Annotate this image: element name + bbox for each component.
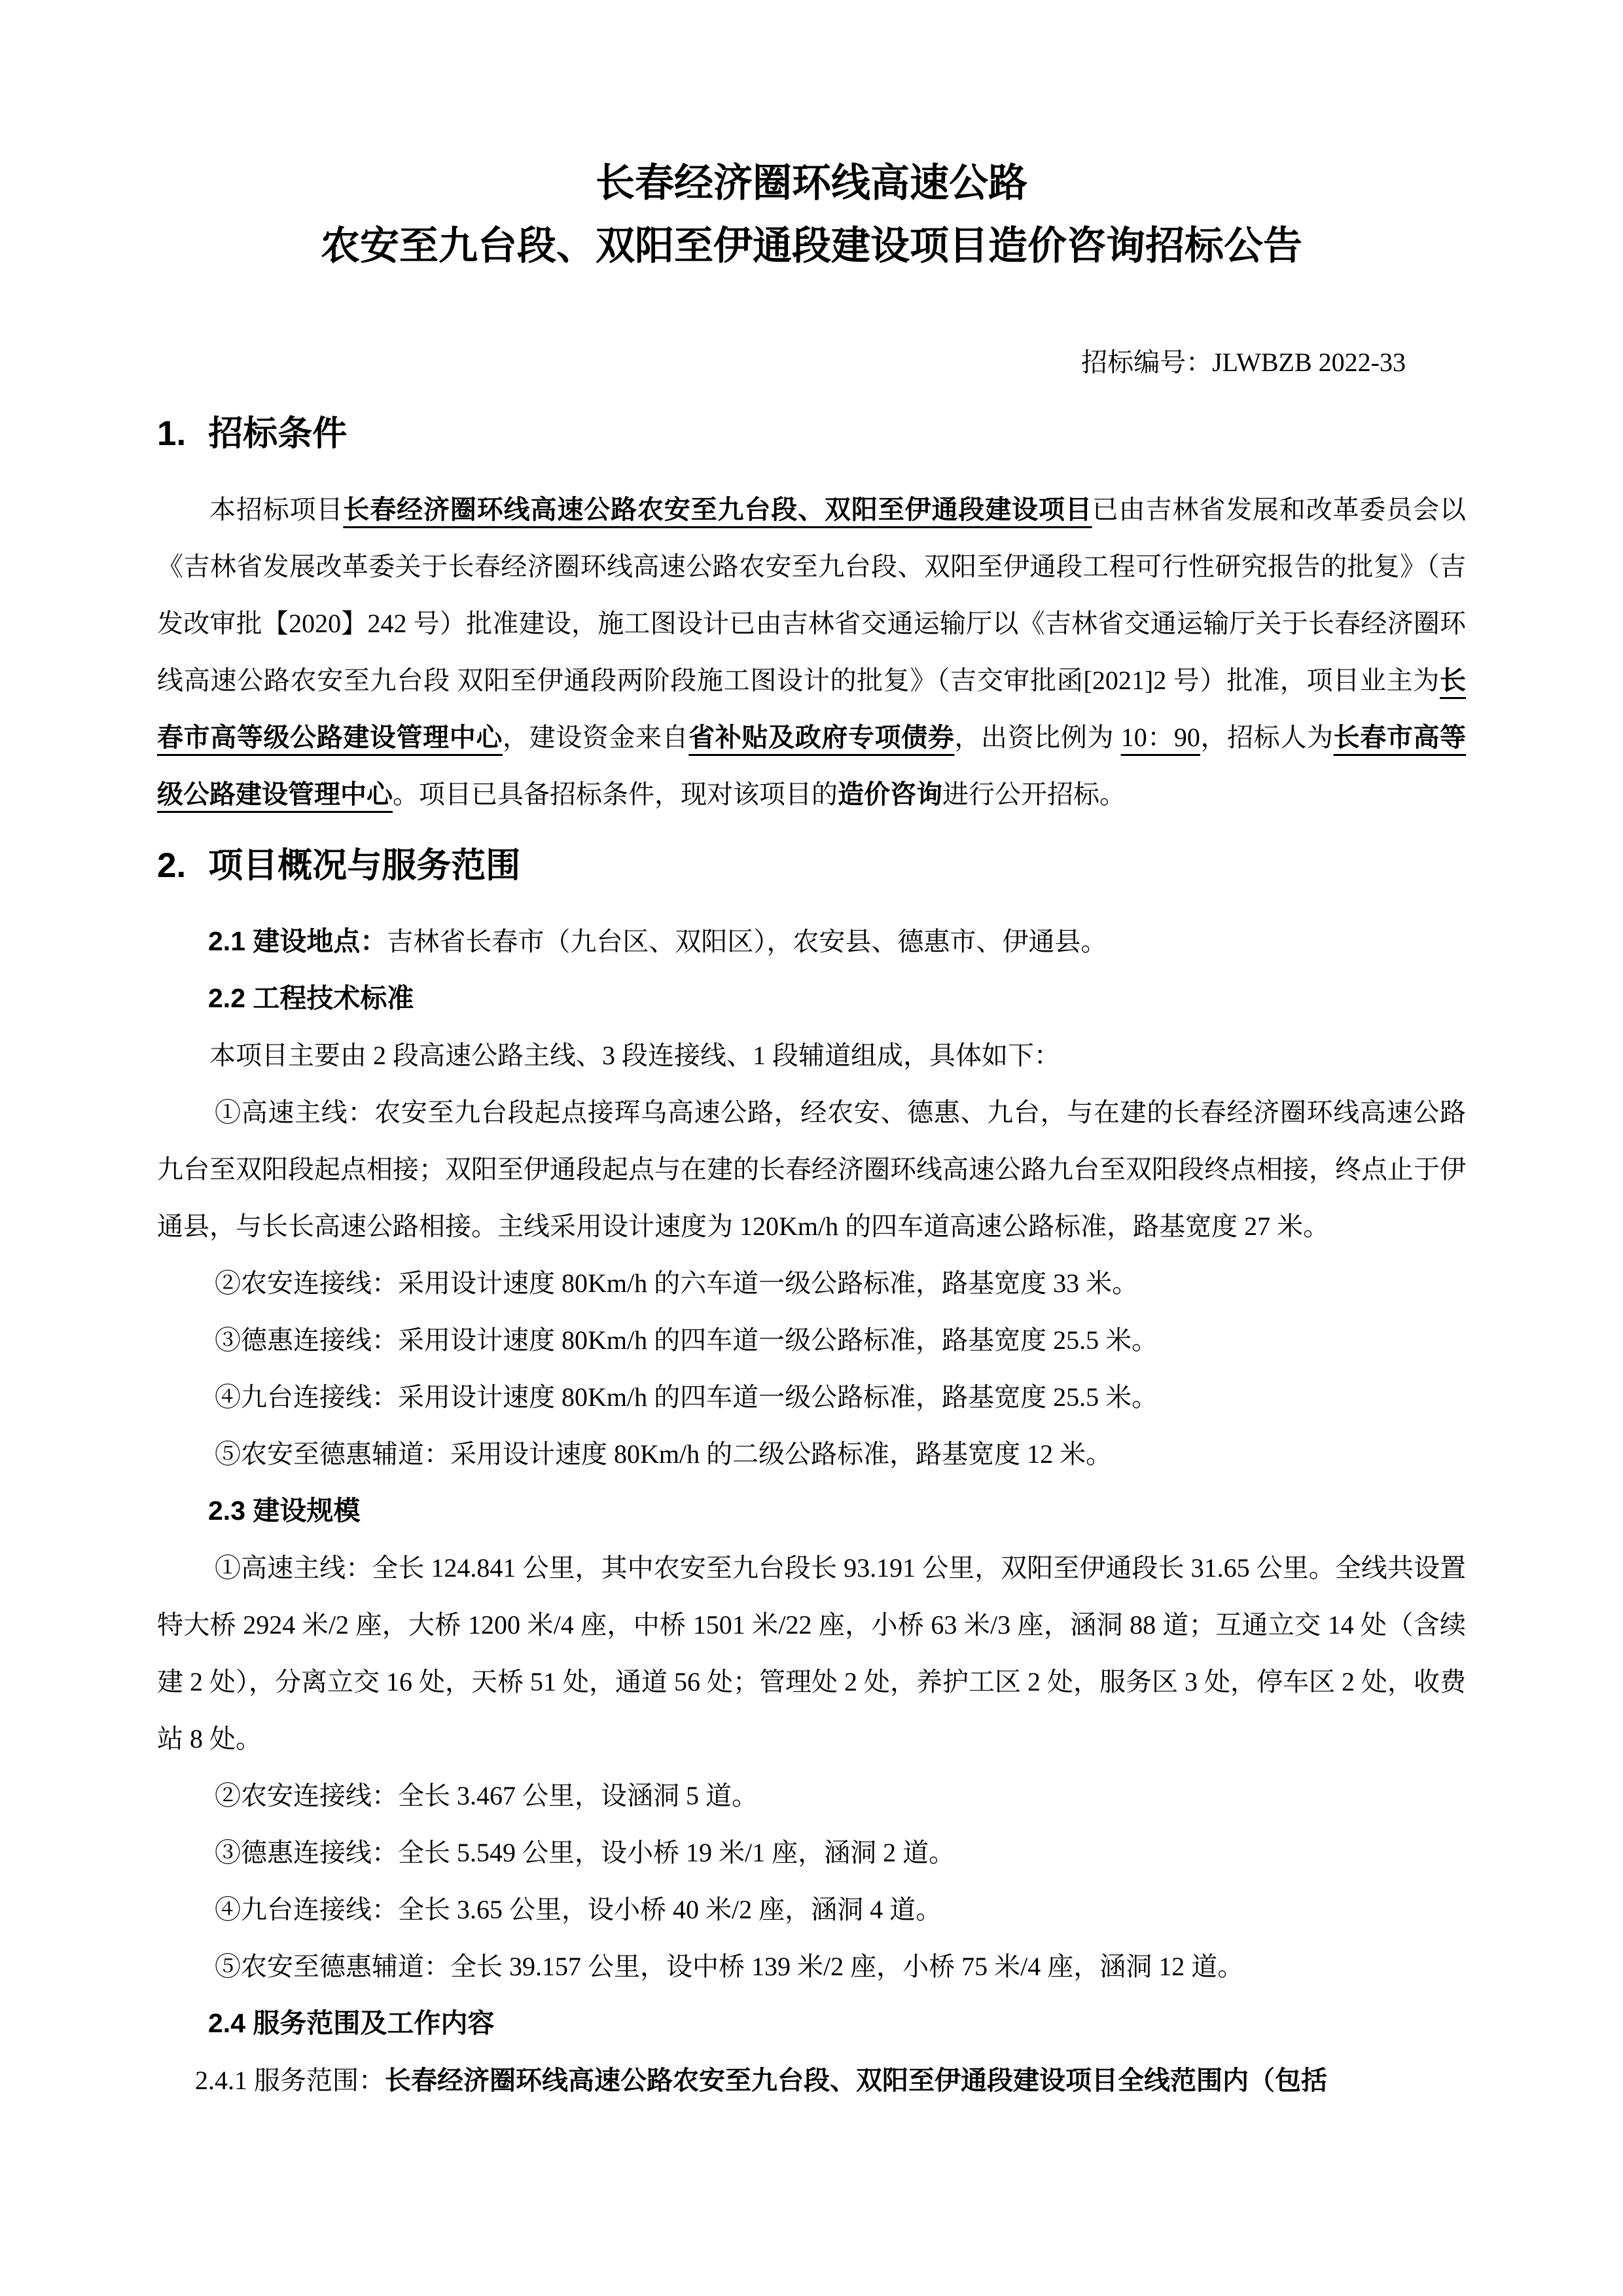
section-2-title: 项目概况与服务范围 [208, 846, 520, 885]
tech-item-2: ②农安连接线：采用设计速度 80Km/h 的六车道一级公路标准，路基宽度 33 … [157, 1255, 1466, 1312]
tender-number-label: 招标编号： [1081, 348, 1212, 377]
section-2-number: 2. [157, 834, 186, 897]
clause-2-1-text: 吉林省长春市（九台区、双阳区），农安县、德惠市、伊通县。 [387, 927, 1107, 956]
clause-2-4-1: 2.4.1 服务范围：长春经济圈环线高速公路农安至九台段、双阳至伊通段建设项目全… [157, 2052, 1466, 2109]
doc-title-line-1: 长春经济圈环线高速公路 [157, 152, 1466, 215]
document-page: 长春经济圈环线高速公路 农安至九台段、双阳至伊通段建设项目造价咨询招标公告 招标… [0, 0, 1623, 2296]
tender-number-line: 招标编号：JLWBZB 2022-33 [157, 334, 1466, 391]
tech-item-5: ⑤农安至德惠辅道：采用设计速度 80Km/h 的二级公路标准，路基宽度 12 米… [157, 1426, 1466, 1482]
scale-item-2: ②农安连接线：全长 3.467 公里，设涵洞 5 道。 [157, 1767, 1466, 1824]
tender-number-value: JLWBZB 2022-33 [1212, 348, 1406, 377]
tech-item-1: ①高速主线：农安至九台段起点接珲乌高速公路，经农安、德惠、九台，与在建的长春经济… [157, 1084, 1466, 1255]
clause-2-1: 2.1 建设地点：吉林省长春市（九台区、双阳区），农安县、德惠市、伊通县。 [208, 913, 1466, 970]
scale-item-3: ③德惠连接线：全长 5.549 公里，设小桥 19 米/1 座，涵洞 2 道。 [157, 1824, 1466, 1881]
section-1-number: 1. [157, 403, 186, 465]
scale-item-5: ⑤农安至德惠辅道：全长 39.157 公里，设中桥 139 米/2 座，小桥 7… [157, 1938, 1466, 1995]
doc-title: 长春经济圈环线高速公路 农安至九台段、双阳至伊通段建设项目造价咨询招标公告 [157, 152, 1466, 278]
tech-item-3: ③德惠连接线：采用设计速度 80Km/h 的四车道一级公路标准，路基宽度 25.… [157, 1312, 1466, 1369]
section-1-heading: 1.招标条件 [157, 403, 1466, 465]
clause-2-1-label: 2.1 建设地点： [208, 926, 387, 956]
scale-item-4: ④九台连接线：全长 3.65 公里，设小桥 40 米/2 座，涵洞 4 道。 [157, 1881, 1466, 1938]
clause-2-4-1-label: 2.4.1 服务范围： [195, 2066, 385, 2095]
scale-item-1: ①高速主线：全长 124.841 公里，其中农安至九台段长 93.191 公里，… [157, 1539, 1466, 1767]
section-1-paragraph: 本招标项目长春经济圈环线高速公路农安至九台段、双阳至伊通段建设项目已由吉林省发展… [157, 481, 1466, 823]
section-1-title: 招标条件 [208, 414, 347, 453]
clause-2-3-heading: 2.3 建设规模 [208, 1482, 1466, 1539]
clause-2-2-intro: 本项目主要由 2 段高速公路主线、3 段连接线、1 段辅道组成，具体如下： [157, 1027, 1466, 1084]
doc-title-line-2: 农安至九台段、双阳至伊通段建设项目造价咨询招标公告 [157, 215, 1466, 278]
clause-2-4-1-text: 长春经济圈环线高速公路农安至九台段、双阳至伊通段建设项目全线范围内（包括 [385, 2066, 1327, 2095]
section-2-heading: 2.项目概况与服务范围 [157, 834, 1466, 897]
tech-item-4: ④九台连接线：采用设计速度 80Km/h 的四车道一级公路标准，路基宽度 25.… [157, 1369, 1466, 1426]
clause-2-4-heading: 2.4 服务范围及工作内容 [208, 1995, 1466, 2052]
clause-2-2-heading: 2.2 工程技术标准 [208, 970, 1466, 1027]
